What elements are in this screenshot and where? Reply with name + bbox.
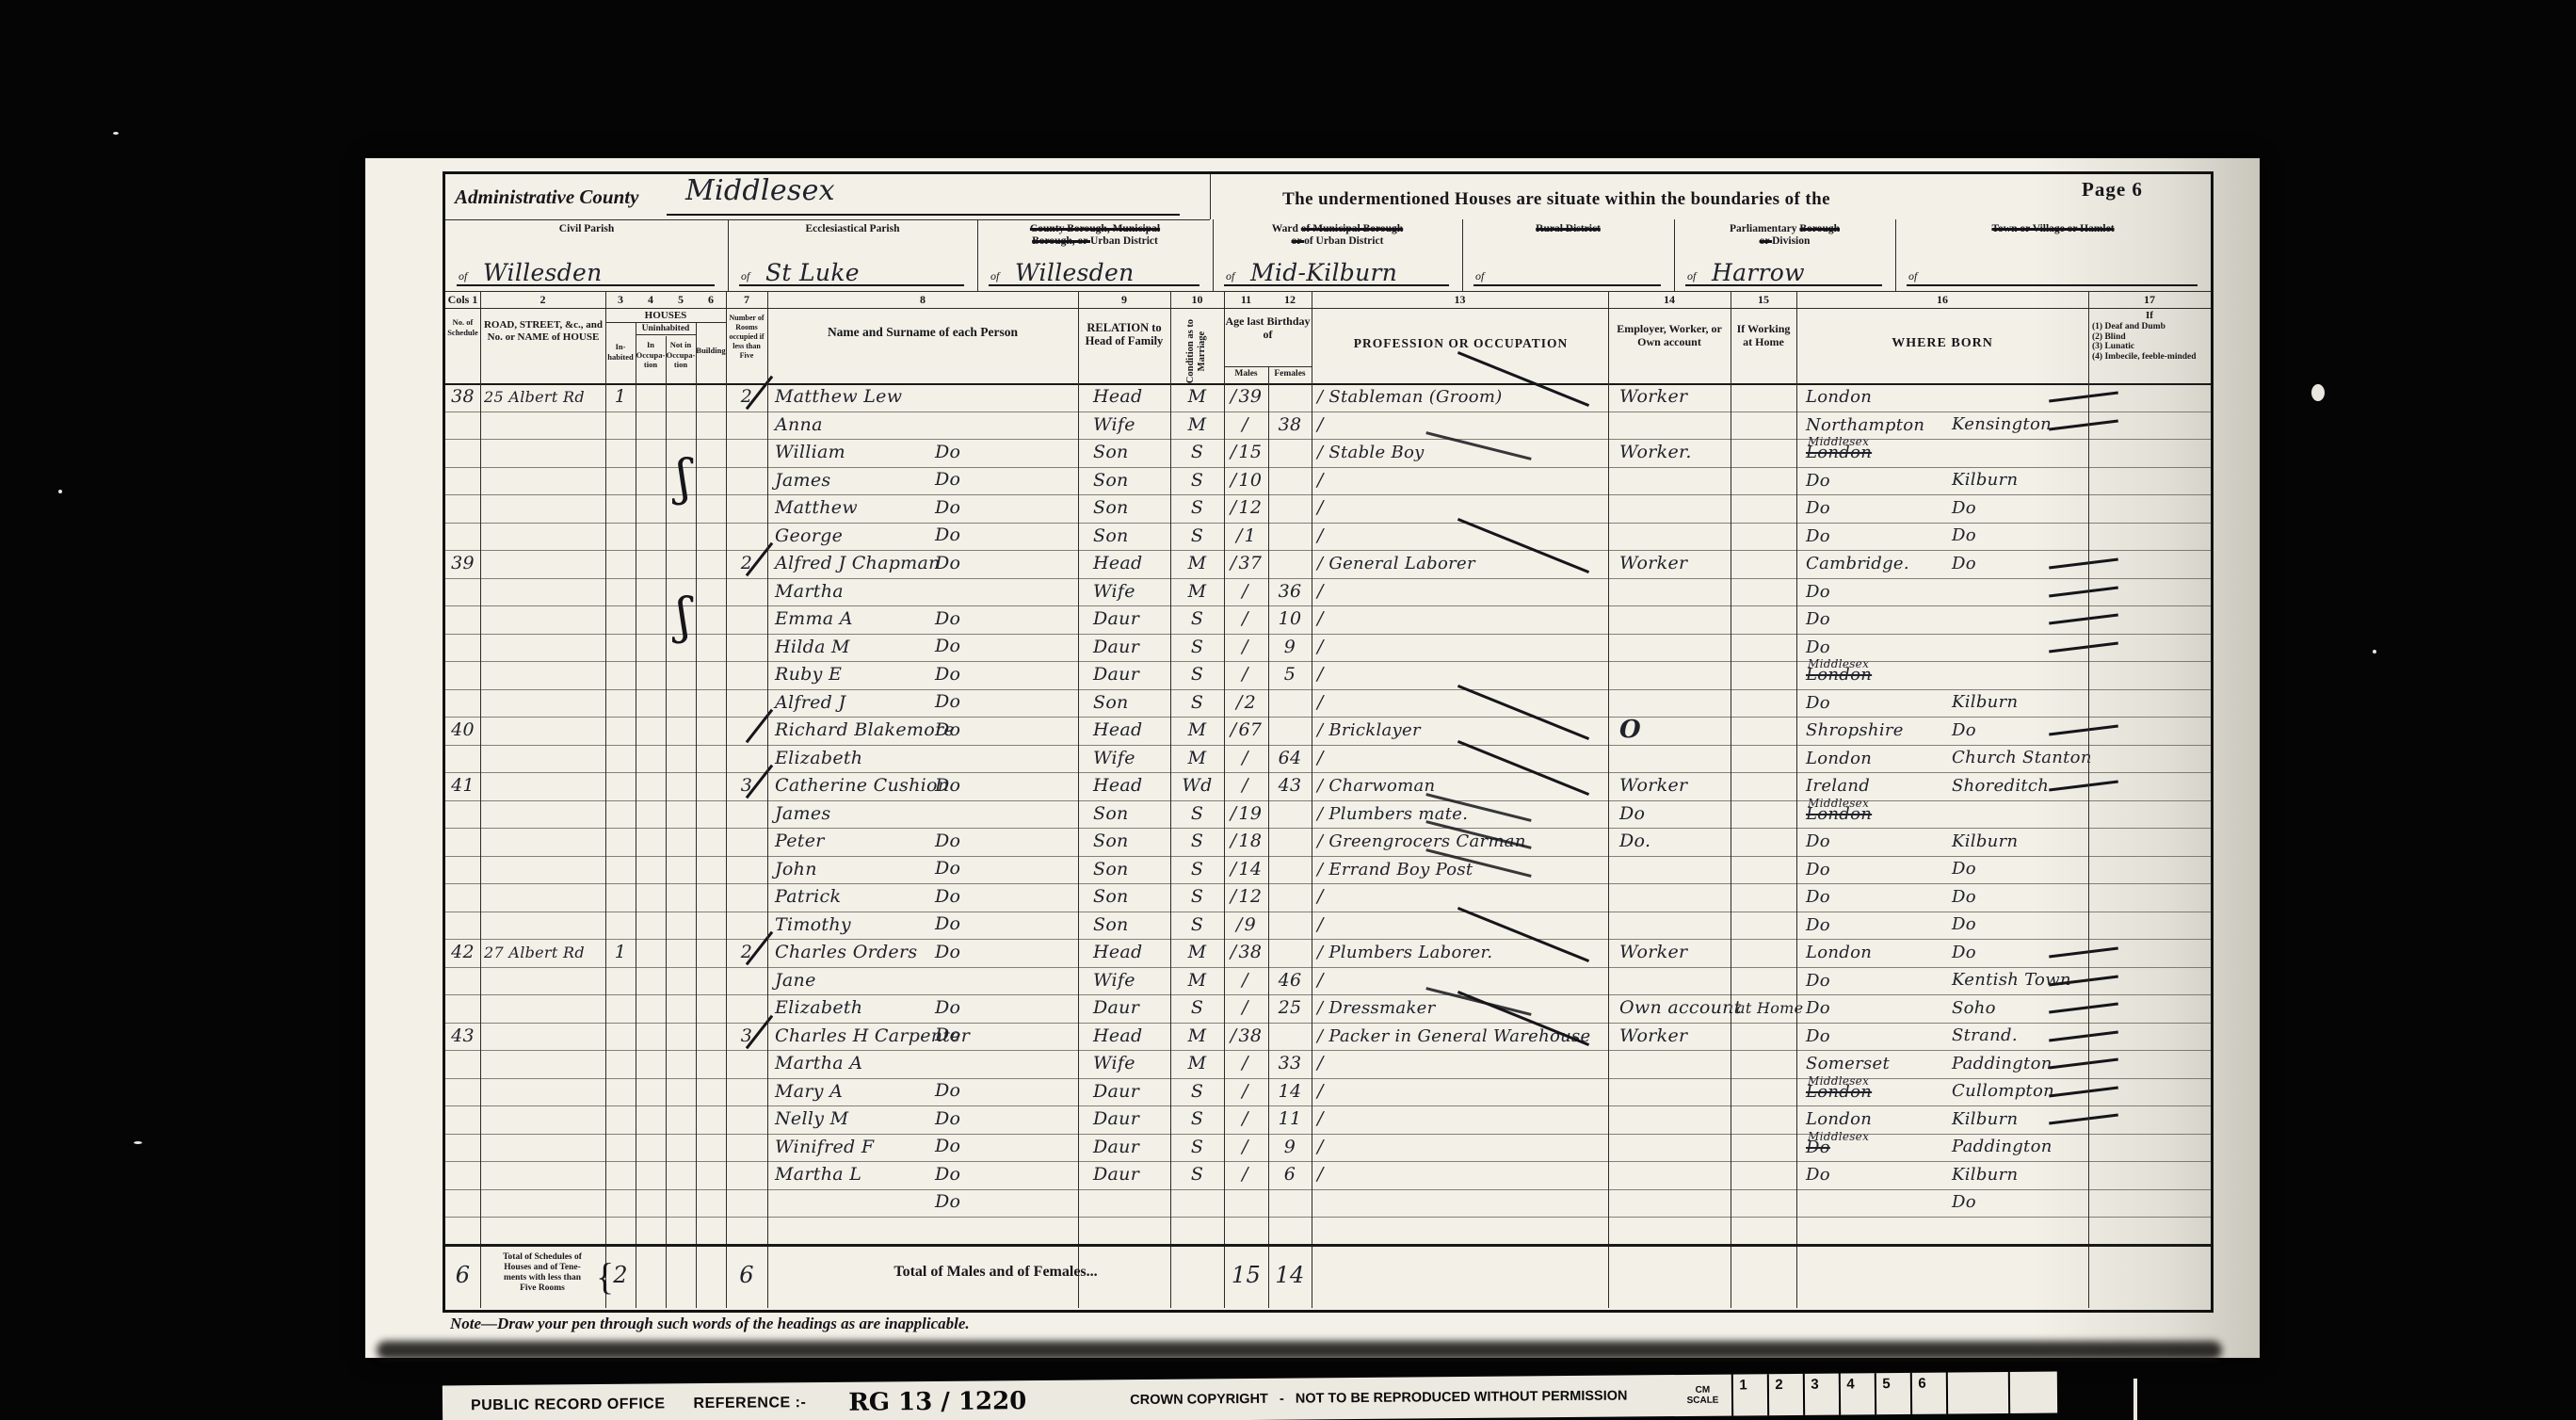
district-of-line: ofMid-Kilburn [1224, 256, 1449, 286]
person-name: Martha ADo [775, 1050, 1078, 1078]
district-label-text: Town or Village or Hamlet [1991, 223, 2114, 234]
name-text: Hilda M [775, 637, 850, 657]
rooms-count [726, 1161, 767, 1189]
relation-cell: Daur [1093, 1105, 1168, 1134]
born-place: Do [1806, 887, 1830, 907]
rooms-count [726, 661, 767, 689]
person-row: 392Alfred J ChapmanHeadM37General Labore… [445, 550, 2211, 579]
age-male-cell: 38 [1224, 1023, 1268, 1051]
employer-cell [1619, 634, 1729, 662]
person-row: MatthewDoSonS12DoDo [445, 494, 2211, 524]
scan-artifact [58, 490, 62, 493]
census-scan-viewer: Administrative County Middlesex The unde… [0, 0, 2576, 1420]
of-prefix: of [1226, 269, 1234, 283]
age-male-cell [1224, 745, 1268, 773]
inhabited-mark [605, 967, 636, 995]
inhabited-mark [605, 883, 636, 912]
occupation-cell [1317, 605, 1606, 634]
person-name: ElizabethDo [775, 745, 1078, 773]
born-cell: DoDo [1806, 689, 2086, 718]
relation-cell: Wife [1093, 745, 1168, 773]
inhabited-mark [605, 605, 636, 634]
district-divider [977, 219, 978, 291]
occupation-cell: Bricklayer [1317, 717, 1606, 745]
person-row: Nelly MDoDaurS11LondonPaddington [445, 1105, 2211, 1135]
schedule-number [445, 1161, 480, 1189]
person-row: ElizabethDoDaurS25DressmakerOwn accounta… [445, 994, 2211, 1024]
age-male-cell [1224, 1078, 1268, 1106]
person-name: AnnaDo [775, 411, 1078, 440]
occupation-cell [1317, 661, 1606, 689]
name-text: Elizabeth [775, 748, 862, 768]
person-row: JamesDoSonS19Plumbers mate.DoMiddlesexLo… [445, 800, 2211, 830]
age-male-cell: 19 [1224, 800, 1268, 829]
age-female-cell: 25 [1268, 994, 1312, 1023]
column-number: 10 [1170, 293, 1224, 307]
person-name: Charles Orders [775, 939, 1078, 967]
age-male-cell [1224, 1189, 1268, 1218]
rooms-count [726, 994, 767, 1023]
road-name [484, 467, 603, 495]
name-text: Mary A [775, 1081, 843, 1102]
occupation-cell [1317, 467, 1606, 495]
record-office-strip: PUBLIC RECORD OFFICE REFERENCE :- RG 13 … [443, 1372, 2057, 1420]
person-name: JaneDo [775, 967, 1078, 995]
inhabited-mark [605, 772, 636, 800]
copyright-notice: CROWN COPYRIGHT - NOT TO BE REPRODUCED W… [1130, 1389, 1627, 1409]
home-cell [1736, 1217, 1795, 1245]
age-male-cell [1224, 1105, 1268, 1134]
occupation-cell [1317, 912, 1606, 940]
condition-cell: S [1170, 634, 1224, 662]
infirmity-line: (4) Imbecile, feeble-minded [2092, 352, 2207, 363]
district-label-text: Civil Parish [559, 223, 614, 234]
scan-artifact [2133, 1379, 2137, 1420]
total-males: 15 [1224, 1247, 1268, 1311]
person-row: Martha LDoDaurS6DoDo [445, 1161, 2211, 1190]
road-name [484, 578, 603, 606]
born-place: Shropshire [1806, 720, 1904, 740]
home-cell [1736, 967, 1795, 995]
schedule-number [445, 1189, 480, 1218]
relation-cell [1093, 1217, 1168, 1245]
totals-label-line: Total of Schedules of [485, 1252, 600, 1263]
born-place: Do [1806, 831, 1830, 851]
age-male-cell [1224, 1134, 1268, 1162]
schedule-number [445, 467, 480, 495]
person-row: PeterDoSonS18Greengrocers CarmanDo.DoDo [445, 828, 2211, 857]
district-label: Ecclesiastical Parish [728, 223, 977, 235]
born-cell: DoDo [1806, 883, 2086, 912]
admin-county-value: Middlesex [685, 174, 835, 207]
district-of-line: ofWillesden [989, 256, 1199, 286]
occupation-cell [1317, 745, 1606, 773]
born-cell: LondonKensington [1806, 383, 2086, 411]
relation-cell: Son [1093, 800, 1168, 829]
cm-scale-tick: 6 [1910, 1373, 1946, 1414]
rooms-count [726, 1217, 767, 1245]
relation-cell: Wife [1093, 578, 1168, 606]
occupation-cell: Plumbers Laborer. [1317, 939, 1606, 967]
col-header-males: Males [1224, 369, 1268, 379]
scan-artifact [2311, 384, 2325, 401]
employer-cell [1619, 661, 1729, 689]
rooms-count [726, 912, 767, 940]
road-name [484, 912, 603, 940]
schedule-number [445, 439, 480, 467]
inhabited-mark [605, 717, 636, 745]
person-row [445, 1217, 2211, 1246]
inhabited-mark [605, 523, 636, 551]
age-male-cell [1224, 1161, 1268, 1189]
person-row: JohnDoSonS14Errand Boy PostDoDo [445, 856, 2211, 885]
born-place: London [1806, 943, 1872, 962]
district-label: County Borough, MunicipalBorough, or Urb… [977, 223, 1213, 248]
condition-cell: M [1170, 550, 1224, 578]
age-female-cell [1268, 1217, 1312, 1245]
occupation-cell [1317, 1050, 1606, 1078]
born-corrected: Middlesex [1808, 790, 1869, 817]
person-row: Emma ADoDaurS10Do [445, 605, 2211, 635]
age-female-cell: 10 [1268, 605, 1312, 634]
road-name [484, 523, 603, 551]
home-cell [1736, 411, 1795, 440]
age-female-cell: 43 [1268, 772, 1312, 800]
road-name [484, 494, 603, 523]
name-text: Martha [775, 581, 844, 602]
condition-cell: S [1170, 689, 1224, 718]
rooms-count [726, 523, 767, 551]
relation-cell: Daur [1093, 994, 1168, 1023]
person-row: Mary ADoDaurS14MiddlesexLondonKilburn [445, 1078, 2211, 1107]
person-row: ElizabethDoWifeM64LondonShoreditch [445, 745, 2211, 774]
col-header-age: Age last Birthday of [1224, 315, 1312, 342]
age-female-cell: 33 [1268, 1050, 1312, 1078]
born-cell: MiddlesexDoKilburn [1806, 1134, 2086, 1162]
relation-cell: Son [1093, 883, 1168, 912]
person-name: PatrickDo [775, 883, 1078, 912]
inhabited-mark [605, 1050, 636, 1078]
employer-cell: Do [1619, 800, 1729, 829]
born-overwrite: MiddlesexLondon [1806, 1078, 1872, 1105]
schedule-number [445, 634, 480, 662]
relation-cell: Son [1093, 828, 1168, 856]
person-name: Charles H Carpenter [775, 1023, 1078, 1051]
age-female-cell: 46 [1268, 967, 1312, 995]
age-male-cell: 15 [1224, 439, 1268, 467]
person-name: Catherine Cushion [775, 772, 1078, 800]
inhabited-mark [605, 550, 636, 578]
inhabited-mark [605, 494, 636, 523]
district-value: Harrow [1712, 259, 1805, 286]
age-female-cell [1268, 383, 1312, 411]
home-cell [1736, 1189, 1795, 1218]
road-name [484, 439, 603, 467]
schedule-number [445, 1050, 480, 1078]
home-cell [1736, 605, 1795, 634]
person-name: GeorgeDo [775, 523, 1078, 551]
column-number: 12 [1268, 293, 1312, 307]
age-female-cell [1268, 828, 1312, 856]
person-name: WilliamDo [775, 439, 1078, 467]
employer-cell [1619, 912, 1729, 940]
relation-cell: Head [1093, 717, 1168, 745]
person-row: 40Richard BlakemoreHeadM67BricklayerOShr… [445, 717, 2211, 746]
schedule-number: 43 [445, 1023, 480, 1051]
occupation-cell [1317, 883, 1606, 912]
condition-cell: M [1170, 745, 1224, 773]
total-inhabited: 2 [605, 1247, 636, 1311]
district-box-6: Town or Village or Hamletof [1895, 219, 2211, 291]
age-female-cell: 38 [1268, 411, 1312, 440]
rooms-count [726, 689, 767, 718]
condition-cell: M [1170, 383, 1224, 411]
rooms-count [726, 467, 767, 495]
condition-cell: M [1170, 717, 1224, 745]
relation-cell: Daur [1093, 605, 1168, 634]
born-place: Do [1806, 471, 1830, 491]
name-text: Nelly M [775, 1108, 848, 1129]
born-place: Do [1806, 582, 1830, 602]
district-label-text: Division [1772, 235, 1810, 247]
born-cell: LondonShoreditch [1806, 745, 2086, 773]
relation-cell: Daur [1093, 1078, 1168, 1106]
road-name [484, 661, 603, 689]
schedule-number: 39 [445, 550, 480, 578]
born-place: London [1806, 387, 1872, 407]
column-line [1796, 291, 1797, 1308]
relation-cell: Daur [1093, 1134, 1168, 1162]
rooms-count [726, 1105, 767, 1134]
district-box-3: Ward of Municipal Boroughor of Urban Dis… [1213, 219, 1462, 291]
home-cell [1736, 883, 1795, 912]
col-header-houses: HOUSES [605, 310, 726, 323]
born-cell: MiddlesexLondonKilburn [1806, 661, 2086, 689]
employer-cell: Worker [1619, 1023, 1729, 1051]
column-number: 8 [767, 293, 1078, 307]
col-header-not-in-occupation: Not in Occupa-tion [666, 340, 696, 370]
home-cell [1736, 550, 1795, 578]
district-box-4: Rural Districtof [1462, 219, 1674, 291]
column-number: 6 [696, 293, 726, 307]
column-line [1078, 291, 1079, 1308]
employer-cell [1619, 523, 1729, 551]
name-text: Timothy [775, 914, 851, 935]
age-female-cell [1268, 856, 1312, 884]
born-place: Do [1806, 971, 1830, 991]
occupation-cell [1317, 1189, 1606, 1218]
age-female-cell: 9 [1268, 1134, 1312, 1162]
employer-cell [1619, 467, 1729, 495]
home-cell [1736, 1134, 1795, 1162]
road-name [484, 772, 603, 800]
age-male-cell: 38 [1224, 939, 1268, 967]
condition-cell [1170, 1217, 1224, 1245]
district-of-line: ofWillesden [457, 256, 715, 286]
employer-cell [1619, 1050, 1729, 1078]
born-place: Do [1806, 915, 1830, 935]
born-cell: DoStrand. [1806, 994, 2086, 1023]
born-corrected: Middlesex [1808, 428, 1869, 456]
employer-cell: Own account [1619, 994, 1729, 1023]
col-header-inhabited: In-habited [605, 342, 636, 362]
person-name: JamesDo [775, 467, 1078, 495]
name-text: Alfred J [775, 692, 845, 713]
cm-scale-tick: 4 [1839, 1373, 1875, 1414]
age-male-cell: 10 [1224, 467, 1268, 495]
inhabited-mark [605, 800, 636, 829]
home-cell [1736, 717, 1795, 745]
home-cell [1736, 772, 1795, 800]
condition-cell: S [1170, 1078, 1224, 1106]
cm-scale-tick: 1 [1731, 1374, 1767, 1415]
schedule-number [445, 994, 480, 1023]
person-name: ElizabethDo [775, 994, 1078, 1023]
relation-cell: Daur [1093, 661, 1168, 689]
person-row: AnnaDoWifeM38Northampton [445, 411, 2211, 441]
column-number: 2 [480, 293, 605, 307]
column-line [696, 323, 697, 1308]
relation-cell: Head [1093, 772, 1168, 800]
column-number: 16 [1796, 293, 2088, 307]
infirmity-line: (2) Blind [2092, 332, 2207, 343]
totals-label-line: ments with less than [485, 1273, 600, 1283]
age-male-cell [1224, 578, 1268, 606]
schedule-number [445, 1134, 480, 1162]
column-line [1731, 291, 1731, 1308]
person-name: Ruby EDo [775, 661, 1078, 689]
home-cell [1736, 1023, 1795, 1051]
cm-scale-label: CM SCALE [1679, 1385, 1726, 1406]
home-cell [1736, 494, 1795, 523]
district-label: Civil Parish [445, 223, 728, 235]
col-header-infirmity: If(1) Deaf and Dumb(2) Blind(3) Lunatic(… [2092, 310, 2207, 363]
born-cell: Cambridge. [1806, 550, 2086, 578]
person-name: TimothyDo [775, 912, 1078, 940]
condition-cell: S [1170, 856, 1224, 884]
person-row: Hilda MDoDaurS9Do [445, 634, 2211, 663]
reference-number: RG 13 / 1220 [848, 1387, 1026, 1417]
condition-cell: M [1170, 578, 1224, 606]
home-cell [1736, 1161, 1795, 1189]
district-divider [728, 219, 729, 291]
inhabited-mark [605, 661, 636, 689]
column-line [1268, 366, 1269, 1308]
rooms-count [726, 856, 767, 884]
road-name [484, 1134, 603, 1162]
footnote: Note—Draw your pen through such words of… [450, 1315, 970, 1333]
page-number: Page 6 [2082, 178, 2143, 202]
age-female-cell [1268, 523, 1312, 551]
age-female-cell [1268, 689, 1312, 718]
inhabited-mark [605, 1189, 636, 1218]
road-name [484, 994, 603, 1023]
employer-cell [1619, 856, 1729, 884]
born-place: Do [1806, 860, 1830, 879]
occupation-cell [1317, 1134, 1606, 1162]
employer-cell [1619, 1105, 1729, 1134]
relation-cell: Son [1093, 494, 1168, 523]
inhabited-mark [605, 578, 636, 606]
home-cell [1736, 467, 1795, 495]
home-cell [1736, 800, 1795, 829]
age-male-cell [1224, 1050, 1268, 1078]
condition-cell: S [1170, 605, 1224, 634]
born-place: Do [1806, 609, 1830, 629]
schedule-number [445, 523, 480, 551]
district-box-2: County Borough, MunicipalBorough, or Urb… [977, 219, 1213, 291]
occupation-cell [1317, 523, 1606, 551]
person-row: GeorgeDoSonS1DoDo [445, 523, 2211, 552]
road-name [484, 1023, 603, 1051]
condition-cell: S [1170, 661, 1224, 689]
rooms-count [726, 745, 767, 773]
age-male-cell: 12 [1224, 883, 1268, 912]
age-male-cell: 12 [1224, 494, 1268, 523]
home-cell [1736, 828, 1795, 856]
person-name: Nelly MDo [775, 1105, 1078, 1134]
scan-artifact [113, 132, 119, 135]
born-cell: ShropshireChurch Stanton [1806, 717, 2086, 745]
occupation-cell [1317, 967, 1606, 995]
cm-scale-tick: 5 [1875, 1373, 1910, 1414]
col-header-name: Name and Surname of each Person [769, 325, 1076, 340]
inhabited-mark [605, 467, 636, 495]
born-cell: DoSoho [1806, 967, 2086, 995]
scan-artifact [2373, 650, 2376, 654]
district-label: Ward of Municipal Boroughor of Urban Dis… [1213, 223, 1462, 248]
born-cell: MiddlesexLondonKilburn [1806, 800, 2086, 829]
home-cell [1736, 1078, 1795, 1106]
person-row: Winifred FDoDaurS9MiddlesexDoKilburn [445, 1134, 2211, 1163]
age-male-cell: 14 [1224, 856, 1268, 884]
person-name: Emma ADo [775, 605, 1078, 634]
born-cell [1806, 1217, 2086, 1245]
census-form: Administrative County Middlesex The unde… [443, 171, 2214, 1313]
person-name: Mary ADo [775, 1078, 1078, 1106]
relation-cell: Wife [1093, 411, 1168, 440]
name-text: Patrick [775, 886, 841, 907]
road-name: 27 Albert Rd [484, 939, 603, 967]
person-name: Alfred J Chapman [775, 550, 1078, 578]
district-divider [1462, 219, 1463, 291]
age-female-cell [1268, 717, 1312, 745]
age-female-cell [1268, 550, 1312, 578]
road-name [484, 1050, 603, 1078]
person-name: Alfred JDo [775, 689, 1078, 718]
col-header-schedule: No. of Schedule [445, 317, 480, 337]
employer-cell: Worker [1619, 383, 1729, 411]
condition-cell: S [1170, 467, 1224, 495]
district-of-line: ofSt Luke [739, 256, 964, 286]
home-cell: at Home [1736, 994, 1795, 1023]
relation-cell: Son [1093, 467, 1168, 495]
home-cell [1736, 1105, 1795, 1134]
employer-cell: Worker [1619, 550, 1729, 578]
name-text: Elizabeth [775, 997, 862, 1018]
age-female-cell [1268, 494, 1312, 523]
employer-cell [1619, 1134, 1729, 1162]
age-male-cell: 37 [1224, 550, 1268, 578]
condition-cell: S [1170, 994, 1224, 1023]
relation-cell: Son [1093, 439, 1168, 467]
column-line [666, 336, 667, 1308]
employer-cell [1619, 1161, 1729, 1189]
employer-cell [1619, 883, 1729, 912]
born-place: Do [1806, 498, 1830, 518]
district-box-0: Civil ParishofWillesden [445, 219, 728, 291]
employer-cell [1619, 967, 1729, 995]
